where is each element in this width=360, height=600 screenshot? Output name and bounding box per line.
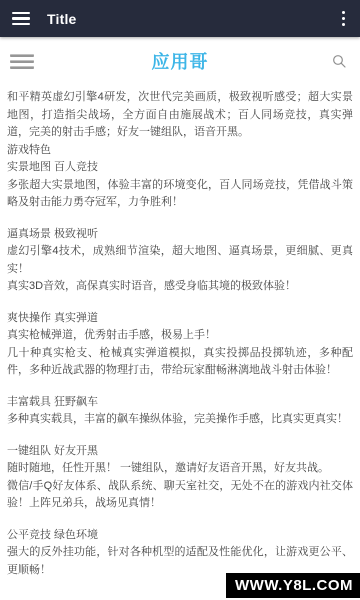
section-title: 实景地图 百人竞技 — [7, 159, 353, 177]
section-title: 一键组队 好友开黑 — [7, 443, 353, 461]
site-bar: 应用哥 — [0, 37, 360, 85]
intro-paragraph: 和平精英虚幻引擎4研发，次世代完美画质，极致视听感受；超大实景地图，打造指尖战场… — [7, 89, 353, 142]
menu-hamburger-icon[interactable] — [12, 12, 30, 26]
feature-section: 爽快操作 真实弹道 真实枪械弹道，优秀射击手感，极易上手！ 几十种真实枪支、枪械… — [7, 310, 353, 380]
section-text: 真实枪械弹道，优秀射击手感，极易上手！ — [7, 327, 353, 345]
section-title: 公平竞技 绿色环境 — [7, 527, 353, 545]
section-title: 丰富载具 狂野飙车 — [7, 394, 353, 412]
features-heading: 游戏特色 — [7, 142, 353, 160]
description-content: 和平精英虚幻引擎4研发，次世代完美画质，极致视听感受；超大实景地图，打造指尖战场… — [0, 85, 360, 579]
feature-section: 丰富载具 狂野飙车 多种真实载具，丰富的飙车操纵体验，完美操作手感，比真实更真实… — [7, 394, 353, 429]
feature-section: 逼真场景 极致视听 虚幻引擎4技术，成熟细节渲染，超大地图、逼真场景，更细腻、更… — [7, 226, 353, 296]
section-title: 爽快操作 真实弹道 — [7, 310, 353, 328]
overflow-menu-icon[interactable] — [339, 9, 348, 28]
site-watermark: WWW.Y8L.COM — [226, 573, 360, 598]
page-title: Title — [47, 11, 77, 27]
feature-section: 一键组队 好友开黑 随时随地，任性开黑！ 一键组队，邀请好友语音开黑，好友共战。… — [7, 443, 353, 513]
section-text: 虚幻引擎4技术，成熟细节渲染，超大地图、逼真场景，更细腻、更真实！ — [7, 243, 353, 278]
feature-section: 公平竞技 绿色环境 强大的反外挂功能，针对各种机型的适配及性能优化，让游戏更公平… — [7, 527, 353, 580]
app-bar: Title — [0, 0, 360, 37]
section-text: 随时随地，任性开黑！ 一键组队，邀请好友语音开黑，好友共战。 — [7, 460, 353, 478]
site-logo[interactable]: 应用哥 — [152, 48, 209, 74]
section-text: 真实3D音效，高保真实时语音，感受身临其境的极致体验！ — [7, 278, 353, 296]
feature-section: 游戏特色 实景地图 百人竞技 多张超大实景地图，体验丰富的环境变化，百人同场竞技… — [7, 142, 353, 212]
search-icon[interactable] — [328, 50, 350, 72]
section-text: 多种真实载具，丰富的飙车操纵体验，完美操作手感，比真实更真实！ — [7, 411, 353, 429]
section-title: 逼真场景 极致视听 — [7, 226, 353, 244]
section-text: 多张超大实景地图，体验丰富的环境变化，百人同场竞技，凭借战斗策略及射击能力勇夺冠… — [7, 177, 353, 212]
section-text: 几十种真实枪支、枪械真实弹道模拟，真实投掷品投掷轨迹，多种配件，多种近战武器的物… — [7, 345, 353, 380]
section-text: 微信/手Q好友体系、战队系统、聊天室社交，无处不在的游戏内社交体验！上阵兄弟兵，… — [7, 478, 353, 513]
app-screen: { "app_bar": { "title": "Title" }, "site… — [0, 0, 360, 600]
site-menu-hamburger-icon[interactable] — [10, 54, 34, 69]
